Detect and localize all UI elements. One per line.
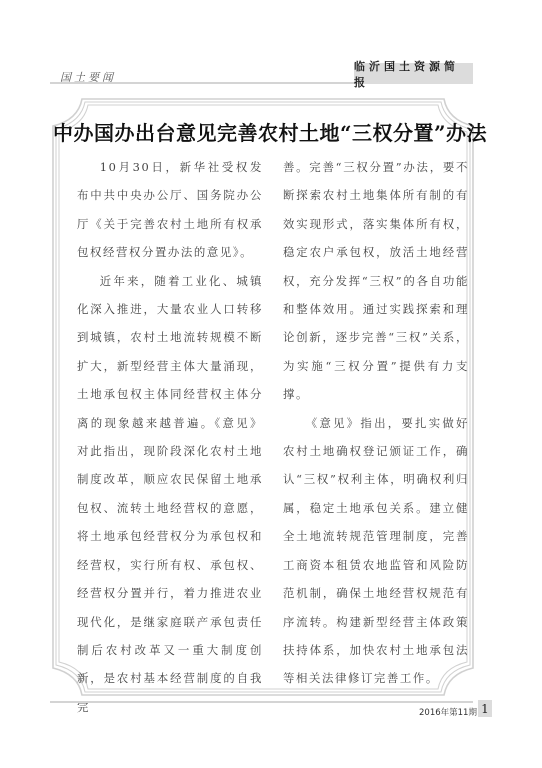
paragraph: 近年来，随着工业化、城镇化深入推进，大量农业人口转移到城镇，农村土地流转规模不断…	[77, 267, 263, 722]
article-left-column: 10月30日，新华社受权发布中共中央办公厅、国务院办公厅《关于完善农村土地所有权…	[77, 153, 263, 721]
paragraph: 《意见》指出，要扎实做好农村土地确权登记颁证工作，确认“三权”权利主体，明确权利…	[283, 409, 469, 693]
paragraph: 善。完善“三权分置”办法，要不断探索农村土地集体所有制的有效实现形式，落实集体所…	[283, 153, 469, 409]
footer-divider	[50, 701, 473, 703]
paragraph: 10月30日，新华社受权发布中共中央办公厅、国务院办公厅《关于完善农村土地所有权…	[77, 153, 263, 267]
publication-name-badge: 临沂国土资源简报	[354, 63, 473, 84]
issue-label: 2016年第11期	[419, 706, 477, 718]
article-right-column: 善。完善“三权分置”办法，要不断探索农村土地集体所有制的有效实现形式，落实集体所…	[283, 153, 469, 693]
article-title: 中办国办出台意见完善农村土地“三权分置”办法	[40, 117, 500, 146]
page-number: 1	[478, 700, 492, 717]
